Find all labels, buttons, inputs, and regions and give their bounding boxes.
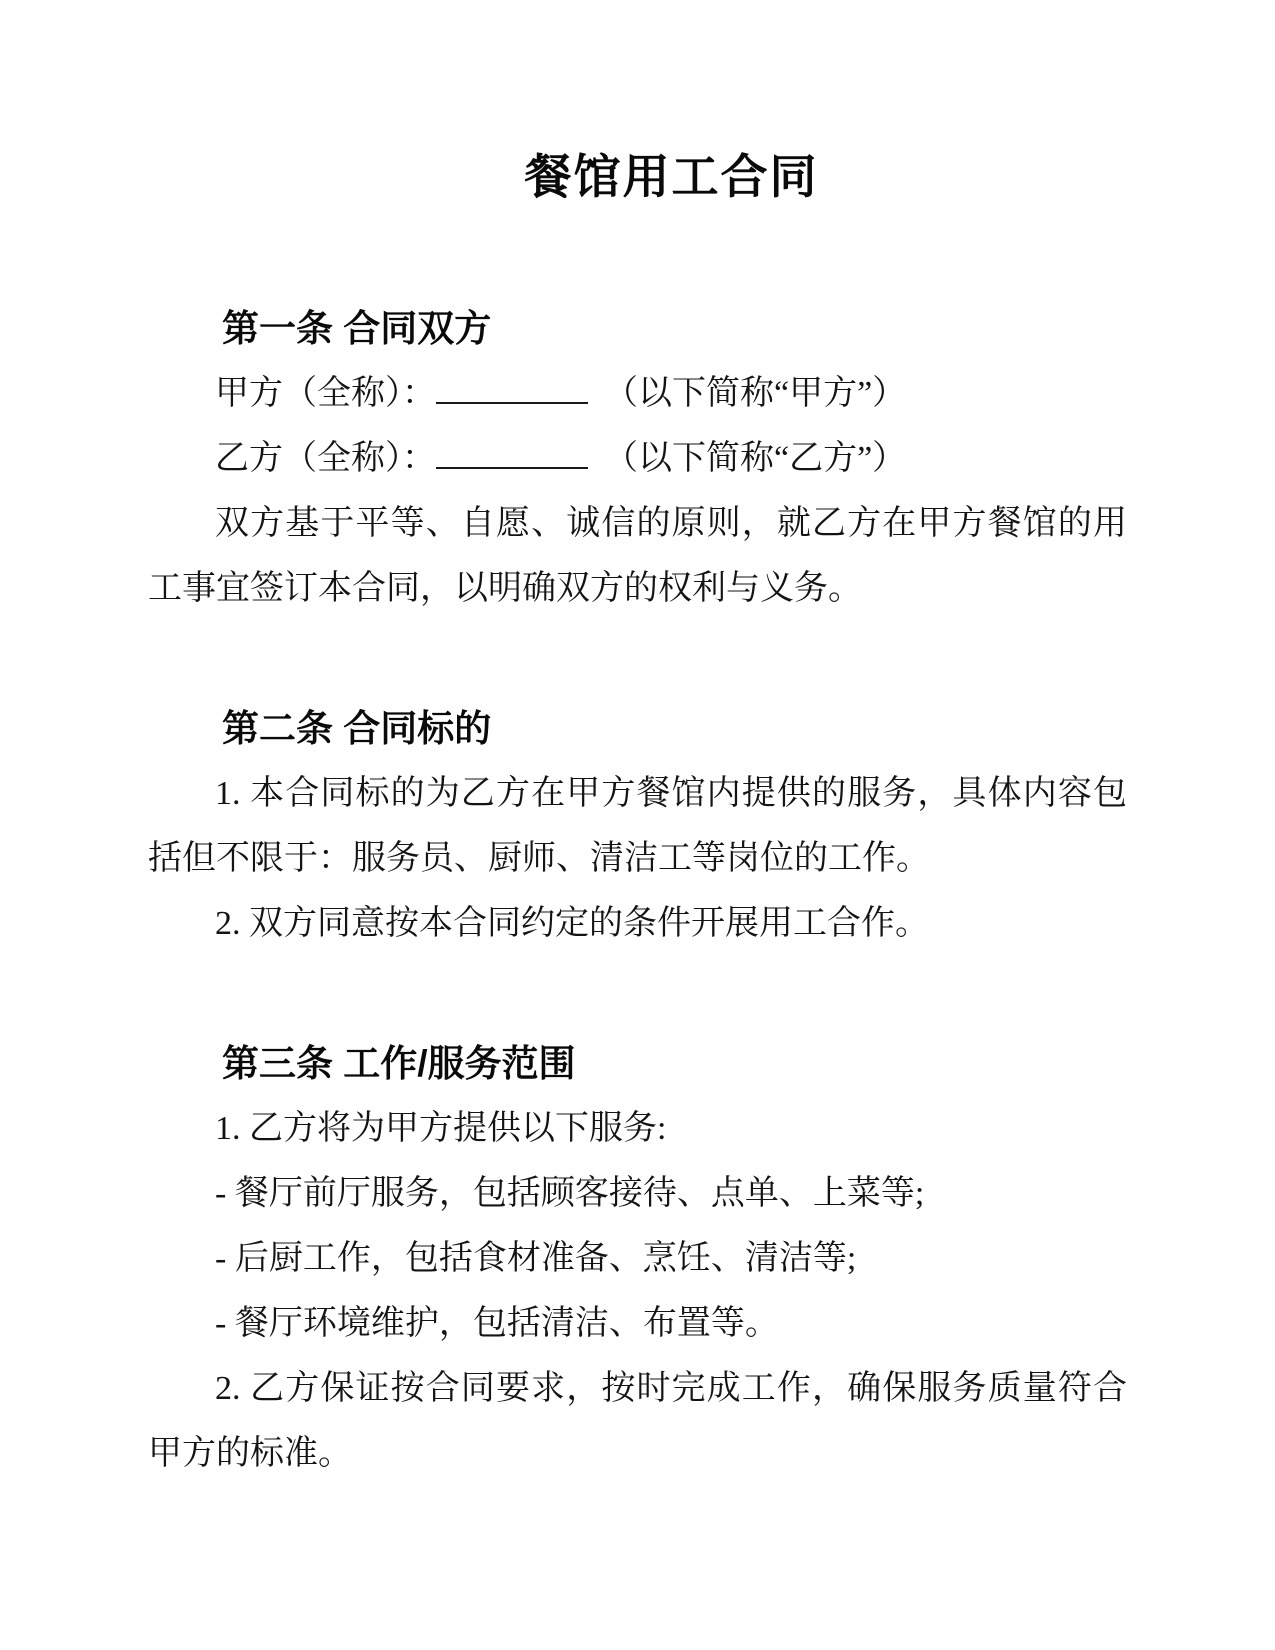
party-b-alias: （以下简称“乙方”） <box>604 440 906 477</box>
document-title: 餐馆用工合同 <box>148 148 1127 206</box>
section-clause-3: 第三条 工作/服务范围 1. 乙方将为甲方提供以下服务: - 餐厅前厅服务，包括… <box>148 1031 1127 1486</box>
party-b-line: 乙方（全称）：（以下简称“乙方”） <box>148 426 1127 491</box>
clause-1-heading: 第一条 合同双方 <box>148 296 1127 361</box>
clause-2-item-1: 1. 本合同标的为乙方在甲方餐馆内提供的服务，具体内容包括但不限于：服务员、厨师… <box>148 761 1127 891</box>
clause-3-bullet-environment-maintenance: - 餐厅环境维护，包括清洁、布置等。 <box>148 1291 1127 1356</box>
party-a-alias: （以下简称“甲方”） <box>604 375 906 412</box>
clause-1-intro-paragraph: 双方基于平等、自愿、诚信的原则，就乙方在甲方餐馆的用工事宜签订本合同，以明确双方… <box>148 491 1127 621</box>
party-a-label: 甲方（全称）： <box>215 375 436 412</box>
party-a-line: 甲方（全称）：（以下简称“甲方”） <box>148 361 1127 426</box>
clause-3-heading: 第三条 工作/服务范围 <box>148 1031 1127 1096</box>
clause-3-item-2: 2. 乙方保证按合同要求，按时完成工作，确保服务质量符合甲方的标准。 <box>148 1356 1127 1486</box>
contract-document-page: 餐馆用工合同 第一条 合同双方 甲方（全称）：（以下简称“甲方”） 乙方（全称）… <box>0 0 1275 1650</box>
clause-2-item-2: 2. 双方同意按本合同约定的条件开展用工合作。 <box>148 891 1127 956</box>
section-clause-2: 第二条 合同标的 1. 本合同标的为乙方在甲方餐馆内提供的服务，具体内容包括但不… <box>148 696 1127 956</box>
clause-2-heading: 第二条 合同标的 <box>148 696 1127 761</box>
party-b-label: 乙方（全称）： <box>215 440 436 477</box>
party-b-name-blank <box>436 466 588 469</box>
party-a-name-blank <box>436 401 588 404</box>
clause-3-bullet-kitchen-work: - 后厨工作，包括食材准备、烹饪、清洁等; <box>148 1226 1127 1291</box>
section-clause-1: 第一条 合同双方 甲方（全称）：（以下简称“甲方”） 乙方（全称）：（以下简称“… <box>148 296 1127 621</box>
clause-3-item-1: 1. 乙方将为甲方提供以下服务: <box>148 1096 1127 1161</box>
clause-3-bullet-front-service: - 餐厅前厅服务，包括顾客接待、点单、上菜等; <box>148 1161 1127 1226</box>
